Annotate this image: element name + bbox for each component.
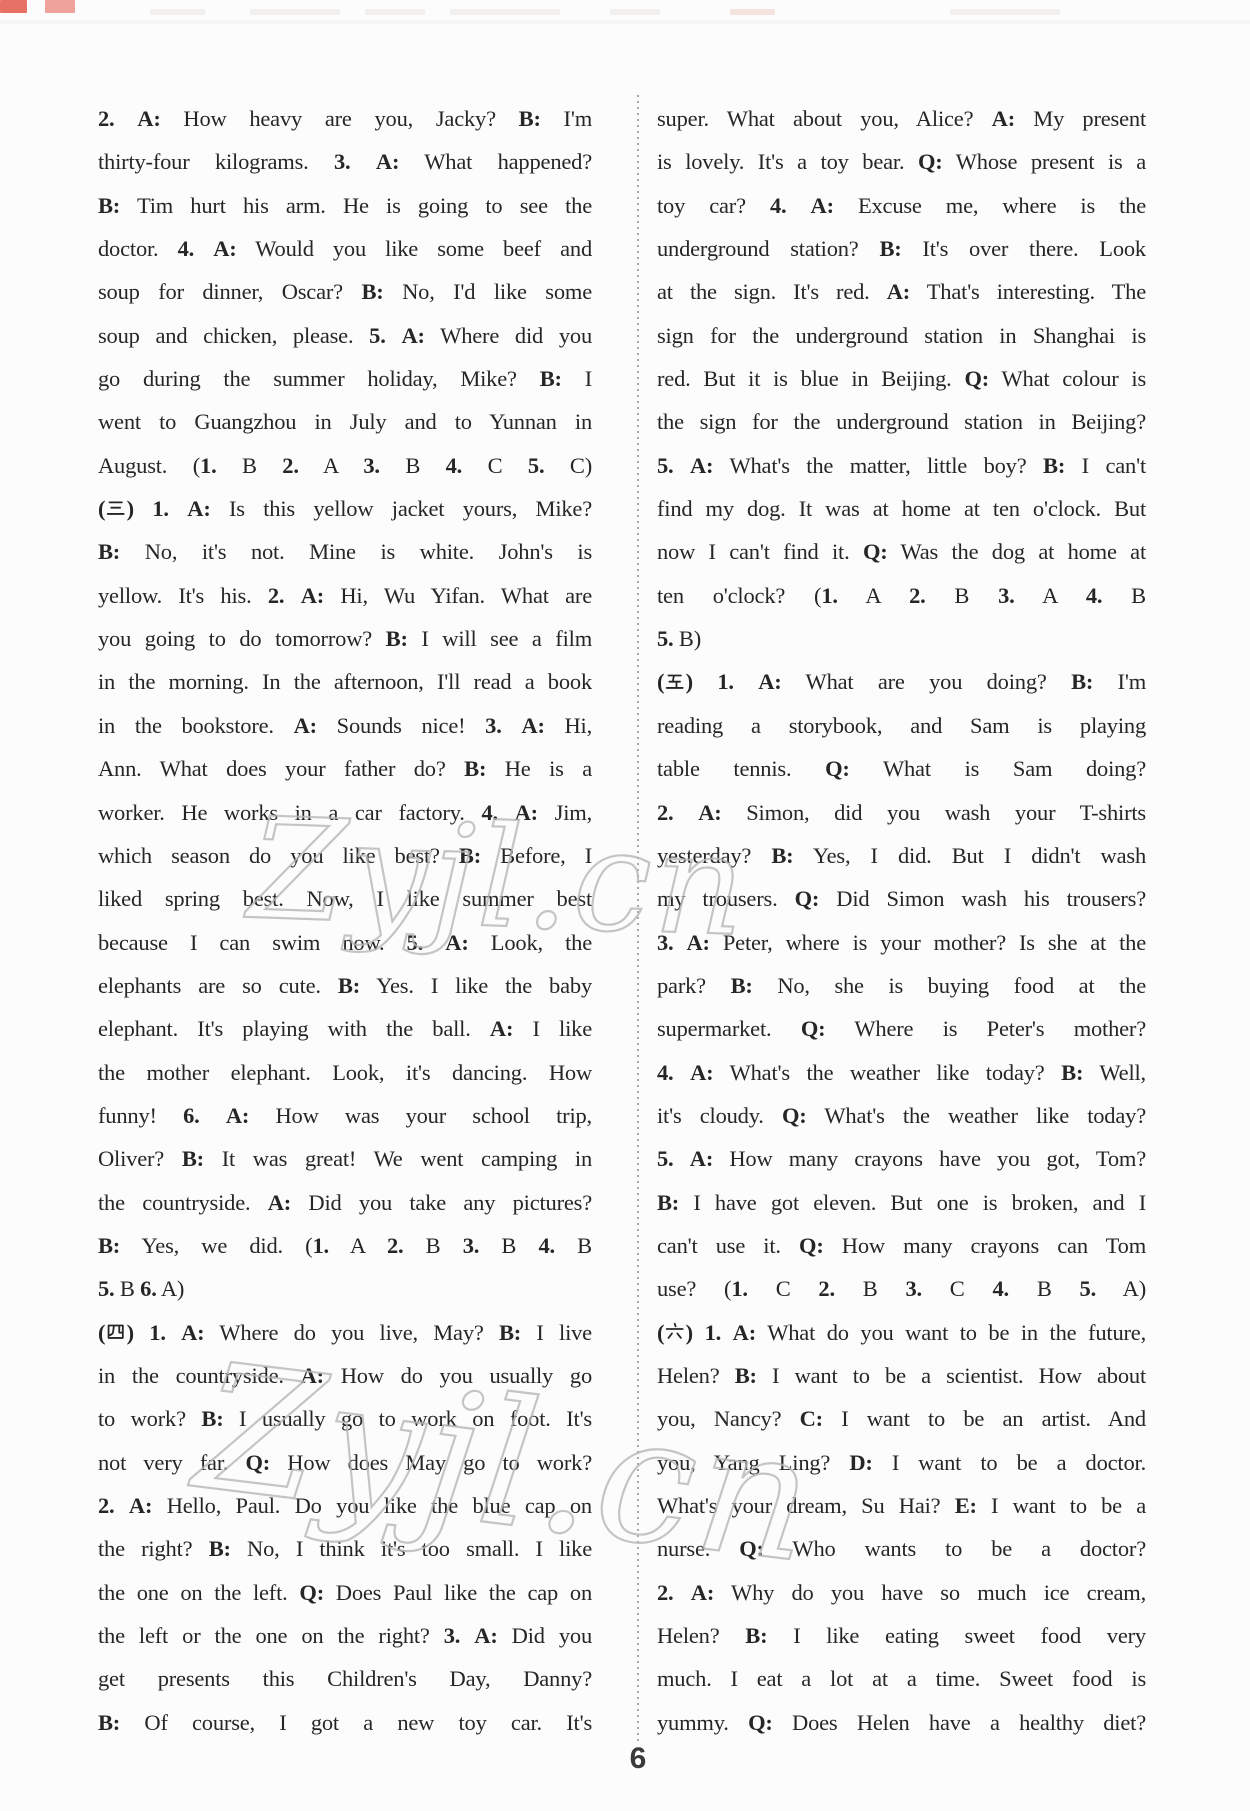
scan-band (0, 20, 1250, 24)
cjk-numeral-22235 (105, 1321, 126, 1342)
script-line: () 1. A: Is this yellow jacket yours, Mi… (98, 487, 592, 530)
script-line: it's cloudy. Q: What's the weather like … (657, 1094, 1146, 1137)
script-line: you, Yang Ling? D: I want to be a doctor… (657, 1441, 1146, 1484)
script-line: thirty-four kilograms. 3. A: What happen… (98, 140, 592, 183)
script-line: Ann. What does your father do? B: He is … (98, 747, 592, 790)
script-line: table tennis. Q: What is Sam doing? (657, 747, 1146, 790)
script-line: B: Yes, we did. (1. A 2. B 3. B 4. B (98, 1224, 592, 1267)
script-line: went to Guangzhou in July and to Yunnan … (98, 400, 592, 443)
script-line: red. But it is blue in Beijing. Q: What … (657, 357, 1146, 400)
script-line: nurse. Q: Who wants to be a doctor? (657, 1527, 1146, 1570)
scan-smudge (150, 9, 205, 15)
scan-smudge (450, 9, 560, 15)
script-line: the right? B: No, I think it's too small… (98, 1527, 592, 1570)
script-line: elephants are so cute. B: Yes. I like th… (98, 964, 592, 1007)
script-line: get presents this Children's Day, Danny? (98, 1657, 592, 1700)
script-line: reading a storybook, and Sam is playing (657, 704, 1146, 747)
script-line: in the morning. In the afternoon, I'll r… (98, 660, 592, 703)
page-number: 6 (588, 1742, 688, 1776)
script-line: 5. A: What's the matter, little boy? B: … (657, 444, 1146, 487)
script-line: funny! 6. A: How was your school trip, (98, 1094, 592, 1137)
script-line: yesterday? B: Yes, I did. But I didn't w… (657, 834, 1146, 877)
script-line: Oliver? B: It was great! We went camping… (98, 1137, 592, 1180)
script-line: 2. A: Why do you have so much ice cream, (657, 1571, 1146, 1614)
script-line: 5. B 6. A) (98, 1267, 592, 1310)
right-text-column: super. What about you, Alice? A: My pres… (657, 97, 1146, 1744)
script-line: 5. B) (657, 617, 1146, 660)
red-edge-mark (45, 0, 75, 13)
script-line: soup for dinner, Oscar? B: No, I'd like … (98, 270, 592, 313)
scan-smudge (250, 9, 340, 15)
cjk-numeral-20116 (664, 671, 685, 692)
script-line: doctor. 4. A: Would you like some beef a… (98, 227, 592, 270)
script-line: 2. A: How heavy are you, Jacky? B: I'm (98, 97, 592, 140)
script-line: elephant. It's playing with the ball. A:… (98, 1007, 592, 1050)
script-line: can't use it. Q: How many crayons can To… (657, 1224, 1146, 1267)
column-divider (637, 95, 639, 1743)
script-line: which season do you like best? B: Before… (98, 834, 592, 877)
script-line: () 1. A: What are you doing? B: I'm (657, 660, 1146, 703)
script-line: the countryside. A: Did you take any pic… (98, 1181, 592, 1224)
workbook-answer-page: 2. A: How heavy are you, Jacky? B: I'mth… (0, 0, 1250, 1811)
script-line: the mother elephant. Look, it's dancing.… (98, 1051, 592, 1094)
script-line: use? (1. C 2. B 3. C 4. B 5. A) (657, 1267, 1146, 1310)
script-line: B: I have got eleven. But one is broken,… (657, 1181, 1146, 1224)
scan-smudge (365, 9, 425, 15)
script-line: find my dog. It was at home at ten o'clo… (657, 487, 1146, 530)
script-line: because I can swim now. 5. A: Look, the (98, 921, 592, 964)
script-line: 2. A: Simon, did you wash your T-shirts (657, 791, 1146, 834)
script-line: 4. A: What's the weather like today? B: … (657, 1051, 1146, 1094)
script-line: the left or the one on the right? 3. A: … (98, 1614, 592, 1657)
script-line: park? B: No, she is buying food at the (657, 964, 1146, 1007)
scan-smudge (730, 9, 775, 15)
script-line: the sign for the underground station in … (657, 400, 1146, 443)
script-line: August. (1. B 2. A 3. B 4. C 5. C) (98, 444, 592, 487)
script-line: is lovely. It's a toy bear. Q: Whose pre… (657, 140, 1146, 183)
script-line: now I can't find it. Q: Was the dog at h… (657, 530, 1146, 573)
script-line: B: Tim hurt his arm. He is going to see … (98, 184, 592, 227)
script-line: 2. A: Hello, Paul. Do you like the blue … (98, 1484, 592, 1527)
script-line: the one on the left. Q: Does Paul like t… (98, 1571, 592, 1614)
script-line: yellow. It's his. 2. A: Hi, Wu Yifan. Wh… (98, 574, 592, 617)
script-line: at the sign. It's red. A: That's interes… (657, 270, 1146, 313)
script-line: you, Nancy? C: I want to be an artist. A… (657, 1397, 1146, 1440)
script-line: yummy. Q: Does Helen have a healthy diet… (657, 1701, 1146, 1744)
cjk-numeral-20845 (664, 1321, 685, 1342)
script-line: Helen? B: I want to be a scientist. How … (657, 1354, 1146, 1397)
script-line: in the bookstore. A: Sounds nice! 3. A: … (98, 704, 592, 747)
script-line: 5. A: How many crayons have you got, Tom… (657, 1137, 1146, 1180)
script-line: super. What about you, Alice? A: My pres… (657, 97, 1146, 140)
script-line: What's your dream, Su Hai? E: I want to … (657, 1484, 1146, 1527)
script-line: you going to do tomorrow? B: I will see … (98, 617, 592, 660)
script-line: go during the summer holiday, Mike? B: I (98, 357, 592, 400)
red-edge-mark (0, 0, 27, 13)
script-line: not very far. Q: How does May go to work… (98, 1441, 592, 1484)
script-line: ten o'clock? (1. A 2. B 3. A 4. B (657, 574, 1146, 617)
script-line: B: Of course, I got a new toy car. It's (98, 1701, 592, 1744)
script-line: B: No, it's not. Mine is white. John's i… (98, 530, 592, 573)
script-line: toy car? 4. A: Excuse me, where is the (657, 184, 1146, 227)
script-line: 3. A: Peter, where is your mother? Is sh… (657, 921, 1146, 964)
scan-smudge (610, 9, 660, 15)
script-line: () 1. A: Where do you live, May? B: I li… (98, 1311, 592, 1354)
script-line: sign for the underground station in Shan… (657, 314, 1146, 357)
script-line: in the countryside. A: How do you usuall… (98, 1354, 592, 1397)
script-line: to work? B: I usually go to work on foot… (98, 1397, 592, 1440)
script-line: underground station? B: It's over there.… (657, 227, 1146, 270)
left-text-column: 2. A: How heavy are you, Jacky? B: I'mth… (98, 97, 592, 1744)
scan-smudge (950, 9, 1060, 15)
script-line: worker. He works in a car factory. 4. A:… (98, 791, 592, 834)
script-line: supermarket. Q: Where is Peter's mother? (657, 1007, 1146, 1050)
script-line: much. I eat a lot at a time. Sweet food … (657, 1657, 1146, 1700)
cjk-numeral-19977 (105, 497, 126, 518)
script-line: my trousers. Q: Did Simon wash his trous… (657, 877, 1146, 920)
script-line: () 1. A: What do you want to be in the f… (657, 1311, 1146, 1354)
script-line: liked spring best. Now, I like summer be… (98, 877, 592, 920)
script-line: Helen? B: I like eating sweet food very (657, 1614, 1146, 1657)
script-line: soup and chicken, please. 5. A: Where di… (98, 314, 592, 357)
